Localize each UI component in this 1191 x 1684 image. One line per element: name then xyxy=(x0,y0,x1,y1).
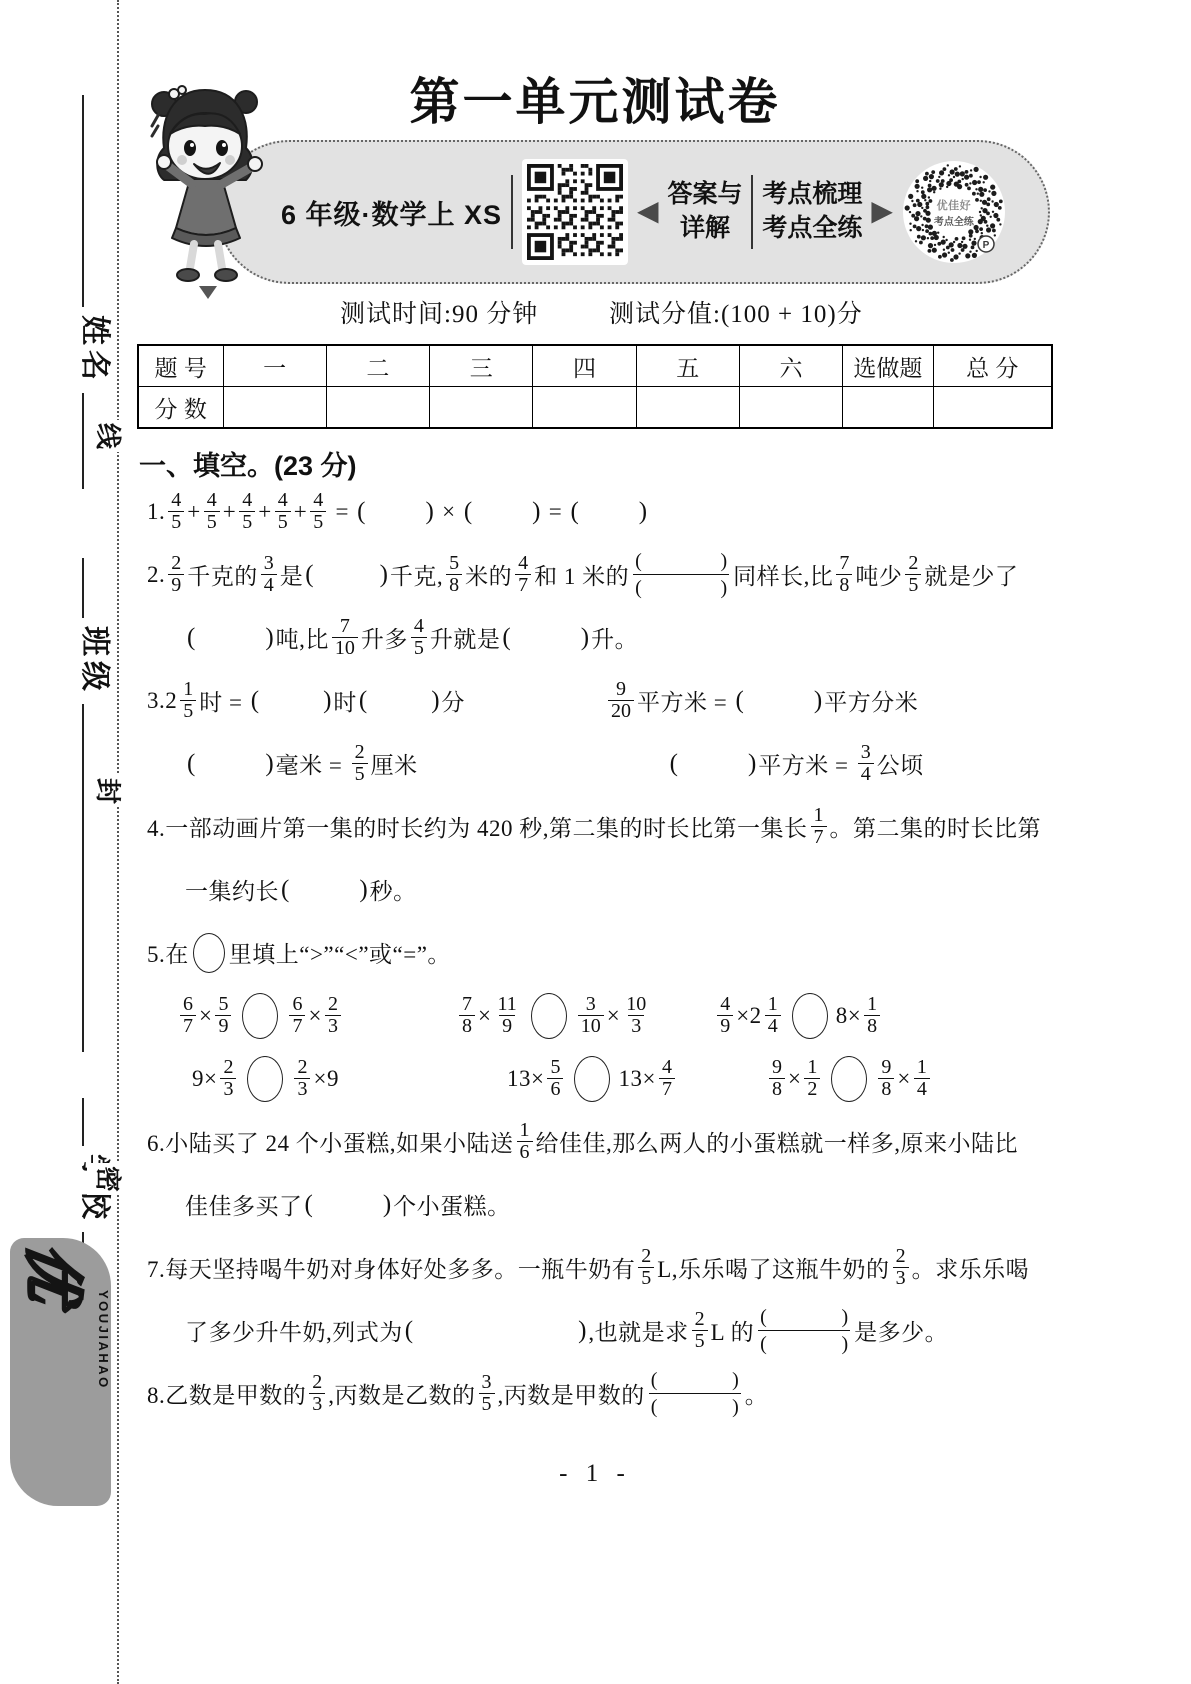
question-line: 6.小陆买了 24 个小蛋糕,如果小陆送16给佳佳,那么两人的小蛋糕就一样多,原… xyxy=(147,1110,1067,1173)
spacer xyxy=(344,1015,456,1016)
fraction: 15 xyxy=(180,679,196,722)
test-time: 测试时间:90 分钟 xyxy=(340,294,538,330)
divider xyxy=(511,175,513,249)
question-text: 一集约长 xyxy=(185,873,279,906)
question-text: 升多 xyxy=(361,621,408,654)
question-text: ,丙数是甲数的 xyxy=(498,1377,645,1410)
svg-text:P: P xyxy=(983,240,990,251)
question-text: + xyxy=(187,499,200,525)
fraction: 14 xyxy=(765,994,781,1037)
question-text: 1. xyxy=(147,499,165,525)
question-line: 2.29千克的34是()千克,58米的47和 1 米的()()同样长,比78吨少… xyxy=(147,543,1067,606)
question-text: × xyxy=(308,1003,321,1029)
question-text: 9× xyxy=(192,1066,217,1092)
score-cell[interactable] xyxy=(223,387,326,429)
fraction: 23 xyxy=(220,1057,236,1100)
question-line: 67×5967×2378×119310×10349×2148×18 xyxy=(147,984,1067,1047)
question-text: × xyxy=(436,499,462,525)
question-text: 同样长,比 xyxy=(733,558,833,591)
fraction-blank[interactable]: ()() xyxy=(649,1367,741,1420)
question-text: 2. xyxy=(147,562,165,588)
spacer xyxy=(418,763,668,764)
question-text: 佳佳多买了 xyxy=(185,1188,303,1221)
fraction: 25 xyxy=(638,1246,654,1289)
question-text: 米的 xyxy=(465,558,512,591)
school-write-line[interactable] xyxy=(82,1098,114,1146)
answer-blank[interactable]: () xyxy=(187,624,274,652)
score-header-cell: 五 xyxy=(636,345,739,387)
right-arrow-icon: ▶ xyxy=(871,198,893,226)
fraction: 78 xyxy=(836,553,852,596)
question-text: 里填上“>”“<”或“=”。 xyxy=(229,936,451,969)
comparison-circle[interactable] xyxy=(531,993,567,1039)
divider xyxy=(751,175,753,249)
score-cell[interactable] xyxy=(739,387,842,429)
answer-blank[interactable]: () xyxy=(464,498,541,526)
spacer xyxy=(678,1078,766,1079)
question-text: 时 = xyxy=(199,684,248,717)
answer-blank[interactable]: () xyxy=(359,687,440,715)
question-line: ()毫米 = 25厘米()平方米 = 34公顷 xyxy=(147,732,1067,795)
fraction: 25 xyxy=(352,742,368,785)
fraction: 45 xyxy=(239,490,255,533)
question-text: 13× xyxy=(507,1066,544,1092)
logo-subtext: YOUJIAHAO xyxy=(96,1290,111,1390)
question-text: 升。 xyxy=(591,621,638,654)
question-text: 4.一部动画片第一集的时长约为 420 秒,第二集的时长比第一集长 xyxy=(147,810,808,843)
question-text: 8.乙数是甲数的 xyxy=(147,1377,306,1410)
fraction: 29 xyxy=(168,553,184,596)
seal-char-line: 线 xyxy=(87,420,132,452)
question-text: 毫米 = xyxy=(276,747,349,780)
question-text: 平方分米 xyxy=(824,684,918,717)
answer-blank[interactable]: () xyxy=(405,1317,587,1345)
fraction: 67 xyxy=(180,994,196,1037)
question-line: 9×2323×913×5613×4798×1298×14 xyxy=(147,1047,1067,1110)
question-text: 。第二集的时长比第 xyxy=(830,810,1042,843)
comparison-circle[interactable] xyxy=(247,1056,283,1102)
fraction: 34 xyxy=(858,742,874,785)
question-text: L 的 xyxy=(711,1314,754,1347)
score-header-cell: 三 xyxy=(430,345,533,387)
answer-blank[interactable]: () xyxy=(305,1191,392,1219)
answers-caption: 答案与 详解 xyxy=(667,178,742,246)
question-text: 和 1 米的 xyxy=(534,558,629,591)
fraction: 16 xyxy=(517,1120,533,1163)
answer-blank[interactable]: () xyxy=(570,498,647,526)
spacer xyxy=(652,1015,714,1016)
fraction: 920 xyxy=(608,679,634,722)
answers-qr-code xyxy=(522,159,628,265)
fraction: 56 xyxy=(547,1057,563,1100)
keypoints-caption: 考点梳理 考点全练 xyxy=(762,178,862,246)
question-text: 8× xyxy=(836,1003,861,1029)
page-title: 第一单元测试卷 xyxy=(255,62,935,134)
fraction: 45 xyxy=(411,616,427,659)
score-cell[interactable] xyxy=(430,387,533,429)
fraction: 59 xyxy=(215,994,231,1037)
comparison-circle[interactable] xyxy=(242,993,278,1039)
question-text: 厘米 xyxy=(371,747,418,780)
fraction: 17 xyxy=(811,805,827,848)
question-text: = xyxy=(542,499,568,525)
question-text: 就是少了 xyxy=(924,558,1018,591)
score-cell[interactable] xyxy=(636,387,739,429)
question-text: 个小蛋糕。 xyxy=(393,1188,511,1221)
fraction: 47 xyxy=(515,553,531,596)
class-label: 班级 xyxy=(76,626,120,696)
fraction: 119 xyxy=(494,994,519,1037)
fraction: 35 xyxy=(479,1372,495,1415)
fraction: 18 xyxy=(864,994,880,1037)
question-text: 吨少 xyxy=(855,558,902,591)
seal-char-mi: 密 xyxy=(87,1163,132,1195)
class-write-line[interactable] xyxy=(82,704,114,1052)
score-value-row: 分 数 xyxy=(138,387,1052,429)
question-text: × xyxy=(788,1066,801,1092)
question-text: 平方米 = xyxy=(758,747,854,780)
score-cell[interactable] xyxy=(843,387,933,429)
fraction: 78 xyxy=(459,994,475,1037)
question-text: × xyxy=(607,1003,620,1029)
question-line: 8.乙数是甲数的23,丙数是乙数的35,丙数是甲数的()()。 xyxy=(147,1362,1067,1425)
fraction: 25 xyxy=(692,1309,708,1352)
test-score: 测试分值:(100 + 10)分 xyxy=(609,294,863,330)
question-text: 3.2 xyxy=(147,688,177,714)
score-header-cell: 二 xyxy=(326,345,429,387)
question-text: ×2 xyxy=(736,1003,761,1029)
question-text: × xyxy=(897,1066,910,1092)
score-header-cell: 总 分 xyxy=(933,345,1052,387)
answer-blank[interactable]: () xyxy=(736,687,823,715)
fold-dotted-line xyxy=(117,0,119,1684)
answer-blank[interactable]: () xyxy=(502,624,589,652)
score-cell[interactable] xyxy=(533,387,636,429)
class-write-line[interactable] xyxy=(82,558,114,618)
question-text: + xyxy=(258,499,271,525)
question-text: 5.在 xyxy=(147,936,189,969)
question-line: 3.215时 = ()时()分920平方米 = ()平方分米 xyxy=(147,669,1067,732)
fraction: 45 xyxy=(310,490,326,533)
question-text: ,也就是求 xyxy=(588,1314,688,1347)
question-text: 分 xyxy=(442,684,466,717)
left-arrow-icon: ◀ xyxy=(637,198,659,226)
question-text: = xyxy=(329,499,355,525)
question-text: 公顷 xyxy=(877,747,924,780)
question-text: + xyxy=(294,499,307,525)
question-line: 5.在里填上“>”“<”或“=”。 xyxy=(147,921,1067,984)
fraction: 49 xyxy=(717,994,733,1037)
score-header-cell: 一 xyxy=(223,345,326,387)
mascot-girl-illustration xyxy=(138,82,272,292)
answer-blank[interactable]: () xyxy=(670,750,757,778)
score-header-cell: 六 xyxy=(739,345,842,387)
round-qr-center-label: 优佳好 考点全练 xyxy=(932,190,976,234)
question-line: 一集约长()秒。 xyxy=(147,858,1067,921)
score-table: 题 号一二三四五六选做题总 分 分 数 xyxy=(137,344,1053,429)
fraction: 34 xyxy=(261,553,277,596)
score-cell[interactable] xyxy=(326,387,429,429)
fraction-blank[interactable]: ()() xyxy=(633,548,729,601)
question-text: 秒。 xyxy=(370,873,417,906)
question-line: 佳佳多买了()个小蛋糕。 xyxy=(147,1173,1067,1236)
fraction-blank[interactable]: ()() xyxy=(758,1304,850,1357)
fraction: 23 xyxy=(325,994,341,1037)
youjiahao-logo: 优佳好 YOUJIAHAO xyxy=(10,1238,111,1506)
score-header-cell: 四 xyxy=(533,345,636,387)
fraction: 98 xyxy=(769,1057,785,1100)
fraction: 23 xyxy=(893,1246,909,1289)
fraction: 98 xyxy=(878,1057,894,1100)
spacer xyxy=(339,1078,507,1079)
question-text: 千克, xyxy=(390,558,443,591)
keypoints-round-qr-code: P 优佳好 考点全练 xyxy=(902,160,1006,264)
grade-subject-label: 6 年级·数学上 XS xyxy=(281,193,502,232)
question-line: 4.一部动画片第一集的时长约为 420 秒,第二集的时长比第一集长17。第二集的… xyxy=(147,795,1067,858)
score-header-cell: 选做题 xyxy=(843,345,933,387)
question-text: 是 xyxy=(280,558,304,591)
score-header-cell: 题 号 xyxy=(138,345,223,387)
comparison-circle[interactable] xyxy=(792,993,828,1039)
score-row-label: 分 数 xyxy=(138,387,223,429)
answer-blank[interactable]: () xyxy=(187,750,274,778)
fraction: 45 xyxy=(275,490,291,533)
question-line: 1.45+45+45+45+45 = () × () = () xyxy=(147,480,1067,543)
test-paper-page: 姓名 班级 学校 线 封 密 优佳好 YOUJIAHAO 第一单元测试卷 6 年… xyxy=(0,0,1191,1684)
fraction: 310 xyxy=(578,994,604,1037)
question-line: 7.每天坚持喝牛奶对身体好处多多。一瓶牛奶有25L,乐乐喝了这瓶牛奶的23。求乐… xyxy=(147,1236,1067,1299)
question-text: 平方米 = xyxy=(637,684,733,717)
fraction: 58 xyxy=(446,553,462,596)
comparison-circle[interactable] xyxy=(831,1056,867,1102)
question-text: 时 xyxy=(333,684,357,717)
questions: 1.45+45+45+45+45 = () × () = ()2.29千克的34… xyxy=(147,480,1067,1425)
answer-blank[interactable]: () xyxy=(281,876,368,904)
fraction: 25 xyxy=(905,553,921,596)
fraction: 23 xyxy=(309,1372,325,1415)
comparison-circle[interactable] xyxy=(574,1056,610,1102)
fraction: 67 xyxy=(289,994,305,1037)
question-text: 6.小陆买了 24 个小蛋糕,如果小陆送 xyxy=(147,1125,514,1158)
fraction: 710 xyxy=(332,616,358,659)
question-text: × xyxy=(199,1003,212,1029)
score-cell[interactable] xyxy=(933,387,1052,429)
fraction: 12 xyxy=(804,1057,820,1100)
question-line: ()吨,比710升多45升就是()升。 xyxy=(147,606,1067,669)
fraction: 103 xyxy=(623,994,649,1037)
question-line: 了多少升牛奶,列式为(),也就是求25L 的()()是多少。 xyxy=(147,1299,1067,1362)
question-text: 13× xyxy=(618,1066,655,1092)
seal-char-feng: 封 xyxy=(87,775,132,807)
answer-blank[interactable]: () xyxy=(357,498,434,526)
fraction: 47 xyxy=(659,1057,675,1100)
question-text: 是多少。 xyxy=(854,1314,948,1347)
fraction: 23 xyxy=(294,1057,310,1100)
question-text: 千克的 xyxy=(187,558,258,591)
question-text: 7.每天坚持喝牛奶对身体好处多多。一瓶牛奶有 xyxy=(147,1251,635,1284)
name-write-line[interactable] xyxy=(82,95,114,307)
question-text: 给佳佳,那么两人的小蛋糕就一样多,原来小陆比 xyxy=(536,1125,1019,1158)
section-heading: 一、填空。(23 分) xyxy=(139,444,357,483)
spacer xyxy=(465,700,605,701)
question-text: ,丙数是乙数的 xyxy=(328,1377,475,1410)
fraction: 45 xyxy=(168,490,184,533)
question-text: L,乐乐喝了这瓶牛奶的 xyxy=(657,1251,889,1284)
comparison-circle[interactable] xyxy=(193,933,225,973)
score-header-row: 题 号一二三四五六选做题总 分 xyxy=(138,345,1052,387)
answer-blank[interactable]: () xyxy=(305,561,388,589)
question-text: 。 xyxy=(745,1377,769,1410)
answer-blank[interactable]: () xyxy=(251,687,332,715)
header-banner: 6 年级·数学上 XS ◀ 答案与 详解 考点梳理 考点全练 ▶ P 优佳好 考… xyxy=(217,140,1050,284)
question-text: ×9 xyxy=(313,1066,338,1092)
question-text: + xyxy=(223,499,236,525)
fraction: 45 xyxy=(204,490,220,533)
name-label: 姓名 xyxy=(76,315,120,385)
question-text: 了多少升牛奶,列式为 xyxy=(185,1314,403,1347)
question-text: 升就是 xyxy=(430,621,501,654)
page-number: - 1 - xyxy=(255,1460,935,1488)
question-text: × xyxy=(478,1003,491,1029)
question-text: 。求乐乐喝 xyxy=(912,1251,1030,1284)
question-text: 吨,比 xyxy=(276,621,329,654)
fraction: 14 xyxy=(914,1057,930,1100)
